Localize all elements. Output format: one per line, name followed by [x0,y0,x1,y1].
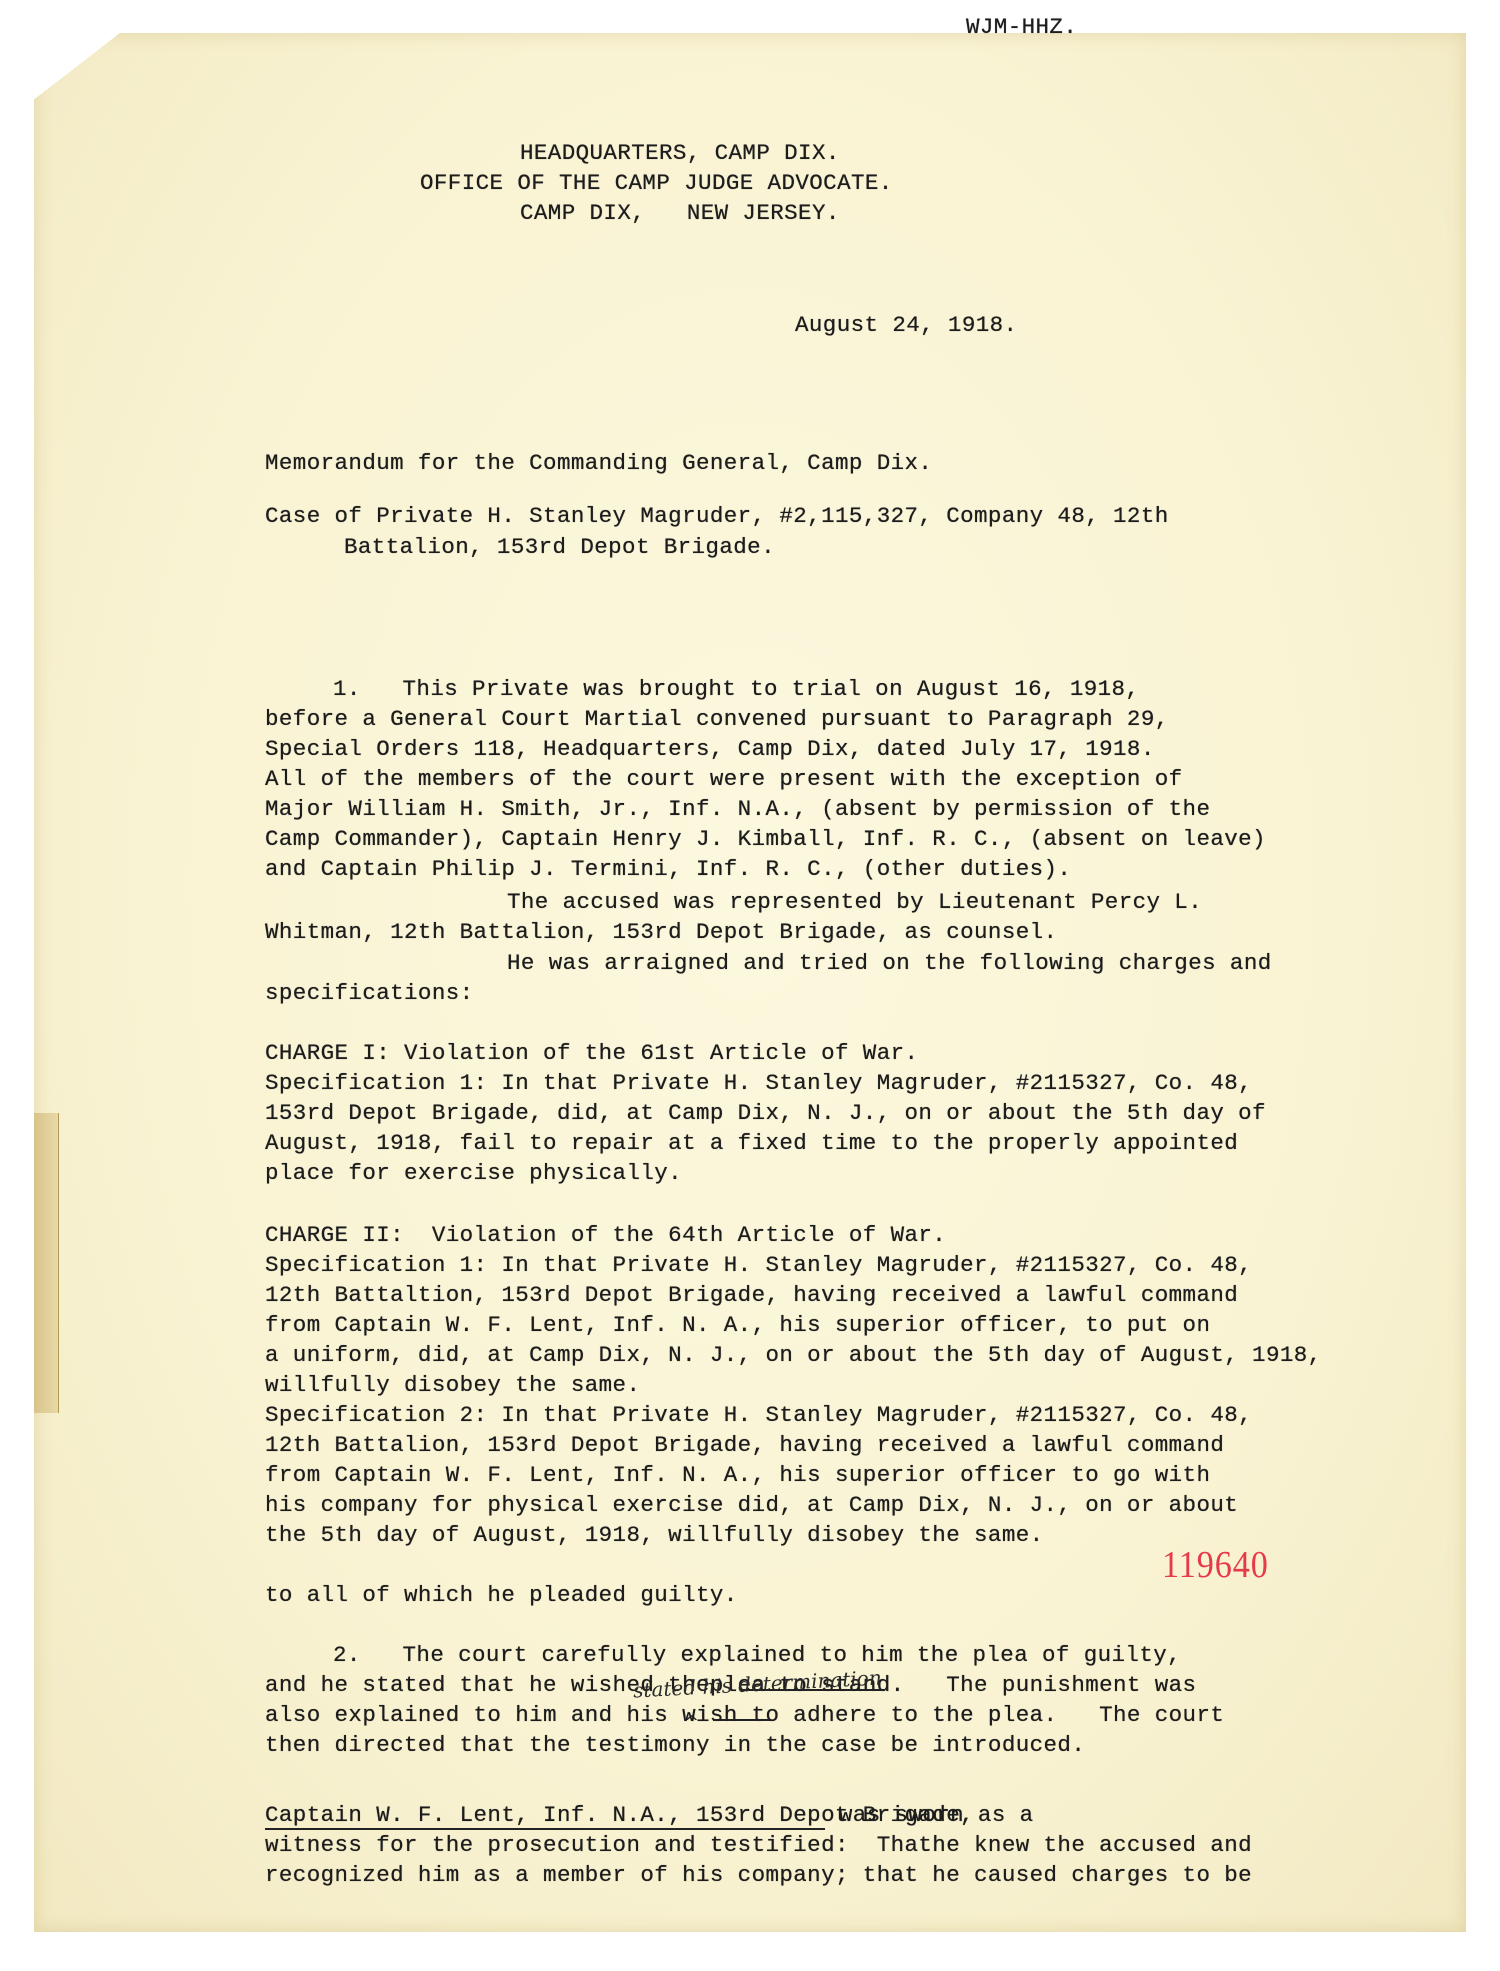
case-line: Battalion, 153rd Depot Brigade. [344,532,775,562]
paragraph-1-line: All of the members of the court were pre… [265,764,1183,794]
paragraph-1-line: specifications: [265,978,474,1008]
witness-text-line: recognized him as a member of his compan… [265,1860,1252,1890]
charge-1-line: place for exercise physically. [265,1158,682,1188]
charge-2-line: Specification 2: In that Private H. Stan… [265,1400,1252,1430]
charge-2-line: from Captain W. F. Lent, Inf. N. A., his… [265,1460,1210,1490]
paragraph-1-line: before a General Court Martial convened … [265,704,1169,734]
letterhead-line: CAMP DIX, NEW JERSEY. [520,198,840,228]
paragraph-2-line: 2. The court carefully explained to him … [333,1640,1181,1670]
paragraph-1-line: Whitman, 12th Battalion, 153rd Depot Bri… [265,917,1057,947]
paragraph-1-line: Special Orders 118, Headquarters, Camp D… [265,734,1155,764]
charge-2-heading: CHARGE II: Violation of the 64th Article… [265,1220,946,1250]
insertion-caret-icon: ^ [684,1712,699,1733]
paragraph-2-line: also explained to him and his wish to ad… [265,1700,1224,1730]
memo-addressee: Memorandum for the Commanding General, C… [265,448,932,478]
charge-2-line: 12th Battaltion, 153rd Depot Brigade, ha… [265,1280,1238,1310]
strikethrough-mark [713,1719,771,1721]
charge-2-line: his company for physical exercise did, a… [265,1490,1238,1520]
witness-text-line: witness for the prosecution and testifie… [265,1830,1252,1860]
file-code: WJM-HHZ. [966,12,1077,42]
document-date: August 24, 1918. [795,310,1017,340]
plea-line: to all of which he pleaded guilty. [265,1580,738,1610]
charge-2-line: from Captain W. F. Lent, Inf. N. A., his… [265,1310,1210,1340]
red-stamp-number: 119640 [1162,1543,1269,1587]
charge-1-line: Specification 1: In that Private H. Stan… [265,1068,1252,1098]
paragraph-1-line: 1. This Private was brought to trial on … [333,674,1139,704]
charge-2-line: Specification 1: In that Private H. Stan… [265,1250,1252,1280]
witness-text-line: was sworn as a [825,1800,1034,1830]
torn-edge-repair [34,1113,59,1413]
charge-1-line: 153rd Depot Brigade, did, at Camp Dix, N… [265,1098,1266,1128]
charge-2-line: 12th Battalion, 153rd Depot Brigade, hav… [265,1430,1224,1460]
charge-1-heading: CHARGE I: Violation of the 61st Article … [265,1038,918,1068]
paragraph-1-line: The accused was represented by Lieutenan… [507,887,1202,917]
paragraph-1-line: He was arraigned and tried on the follow… [507,948,1272,978]
letterhead-line: OFFICE OF THE CAMP JUDGE ADVOCATE. [420,168,893,198]
charge-1-line: August, 1918, fail to repair at a fixed … [265,1128,1238,1158]
paragraph-1-line: Camp Commander), Captain Henry J. Kimbal… [265,824,1266,854]
paragraph-2-line: then directed that the testimony in the … [265,1730,1085,1760]
charge-2-line: a uniform, did, at Camp Dix, N. J., on o… [265,1340,1322,1370]
charge-2-line: the 5th day of August, 1918, willfully d… [265,1520,1044,1550]
paragraph-1-line: and Captain Philip J. Termini, Inf. R. C… [265,854,1071,884]
case-line: Case of Private H. Stanley Magruder, #2,… [265,501,1169,531]
charge-2-line: willfully disobey the same. [265,1370,640,1400]
letterhead-line: HEADQUARTERS, CAMP DIX. [520,138,840,168]
paragraph-1-line: Major William H. Smith, Jr., Inf. N.A., … [265,794,1210,824]
